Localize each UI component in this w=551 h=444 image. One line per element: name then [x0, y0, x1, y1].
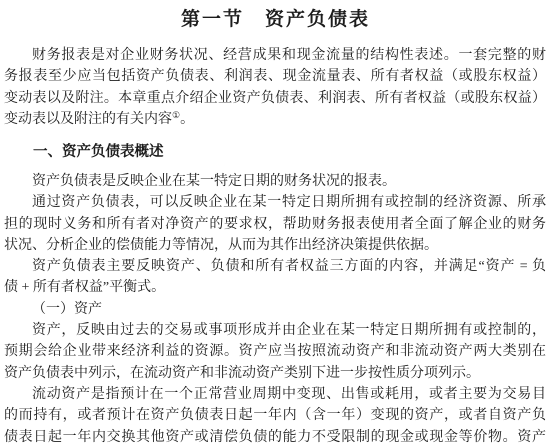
- text-segment: 变动表以及附注的有关内容: [4, 112, 172, 127]
- page-title: 第一节 资产负债表: [0, 0, 551, 32]
- text-line: 资产负债表主要反映资产、负债和所有者权益三方面的内容，并满足“资产 = 负: [4, 256, 546, 277]
- text-line: 务报表至少应当包括资产负债表、利润表、现金流量表、所有者权益（或股东权益）: [4, 66, 546, 87]
- text-line: 变动表以及附注。本章重点介绍企业资产负债表、利润表、所有者权益（或股东权益）: [4, 88, 546, 109]
- asset-paragraph: 资产，反映由过去的交易或事项形成并由企业在某一特定日期所拥有或控制的， 预期会给…: [4, 320, 546, 384]
- text-line: 的而持有，或者预计在资产负债表日起一年内（含一年）变现的资产，或者自资产负: [4, 405, 546, 426]
- page-body: 财务报表是对企业财务状况、经营成果和现金流量的结构性表述。一套完整的财 务报表至…: [4, 45, 546, 444]
- section-heading-overview: 一、资产负债表概述: [4, 142, 546, 163]
- text-line: 债 + 所有者权益”平衡式。: [4, 277, 546, 298]
- intro-paragraph: 财务报表是对企业财务状况、经营成果和现金流量的结构性表述。一套完整的财 务报表至…: [4, 45, 546, 130]
- text-line: 担的现时义务和所有者对净资产的要求权，帮助财务报表使用者全面了解企业的财务: [4, 214, 546, 235]
- text-line: 流动资产是指预计在一个正常营业周期中变现、出售或耗用，或者主要为交易目: [4, 384, 546, 405]
- textbook-page: 第一节 资产负债表 财务报表是对企业财务状况、经营成果和现金流量的结构性表述。一…: [0, 0, 551, 444]
- text-line: 变动表以及附注的有关内容①。: [4, 109, 546, 130]
- purpose-paragraph: 通过资产负债表，可以反映企业在某一特定日期所拥有或控制的经济资源、所承 担的现时…: [4, 192, 546, 256]
- text-line: 资产，反映由过去的交易或事项形成并由企业在某一特定日期所拥有或控制的，: [4, 320, 546, 341]
- definition-paragraph: 资产负债表是反映企业在某一特定日期的财务状况的报表。: [4, 171, 546, 192]
- text-line: 通过资产负债表，可以反映企业在某一特定日期所拥有或控制的经济资源、所承: [4, 192, 546, 213]
- text-line: 财务报表是对企业财务状况、经营成果和现金流量的结构性表述。一套完整的财: [4, 45, 546, 66]
- text-segment: 。: [180, 112, 194, 127]
- current-asset-paragraph: 流动资产是指预计在一个正常营业周期中变现、出售或耗用，或者主要为交易目 的而持有…: [4, 384, 546, 444]
- text-line: 状况、分析企业的偿债能力等情况，从而为其作出经济决策提供依据。: [4, 235, 546, 256]
- text-line: 债表日起一年内交换其他资产或清偿负债的能力不受限制的现金或现金等价物。资产: [4, 427, 546, 444]
- text-line: 资产负债表是反映企业在某一特定日期的财务状况的报表。: [4, 171, 546, 192]
- footnote-reference-mark: ①: [172, 110, 180, 120]
- subheading-asset: （一）资产: [4, 299, 546, 320]
- text-line: 预期会给企业带来经济利益的资源。资产应当按照流动资产和非流动资产两大类别在: [4, 341, 546, 362]
- text-line: 资产负债表中列示，在流动资产和非流动资产类别下进一步按性质分项列示。: [4, 363, 546, 384]
- equation-paragraph: 资产负债表主要反映资产、负债和所有者权益三方面的内容，并满足“资产 = 负 债 …: [4, 256, 546, 299]
